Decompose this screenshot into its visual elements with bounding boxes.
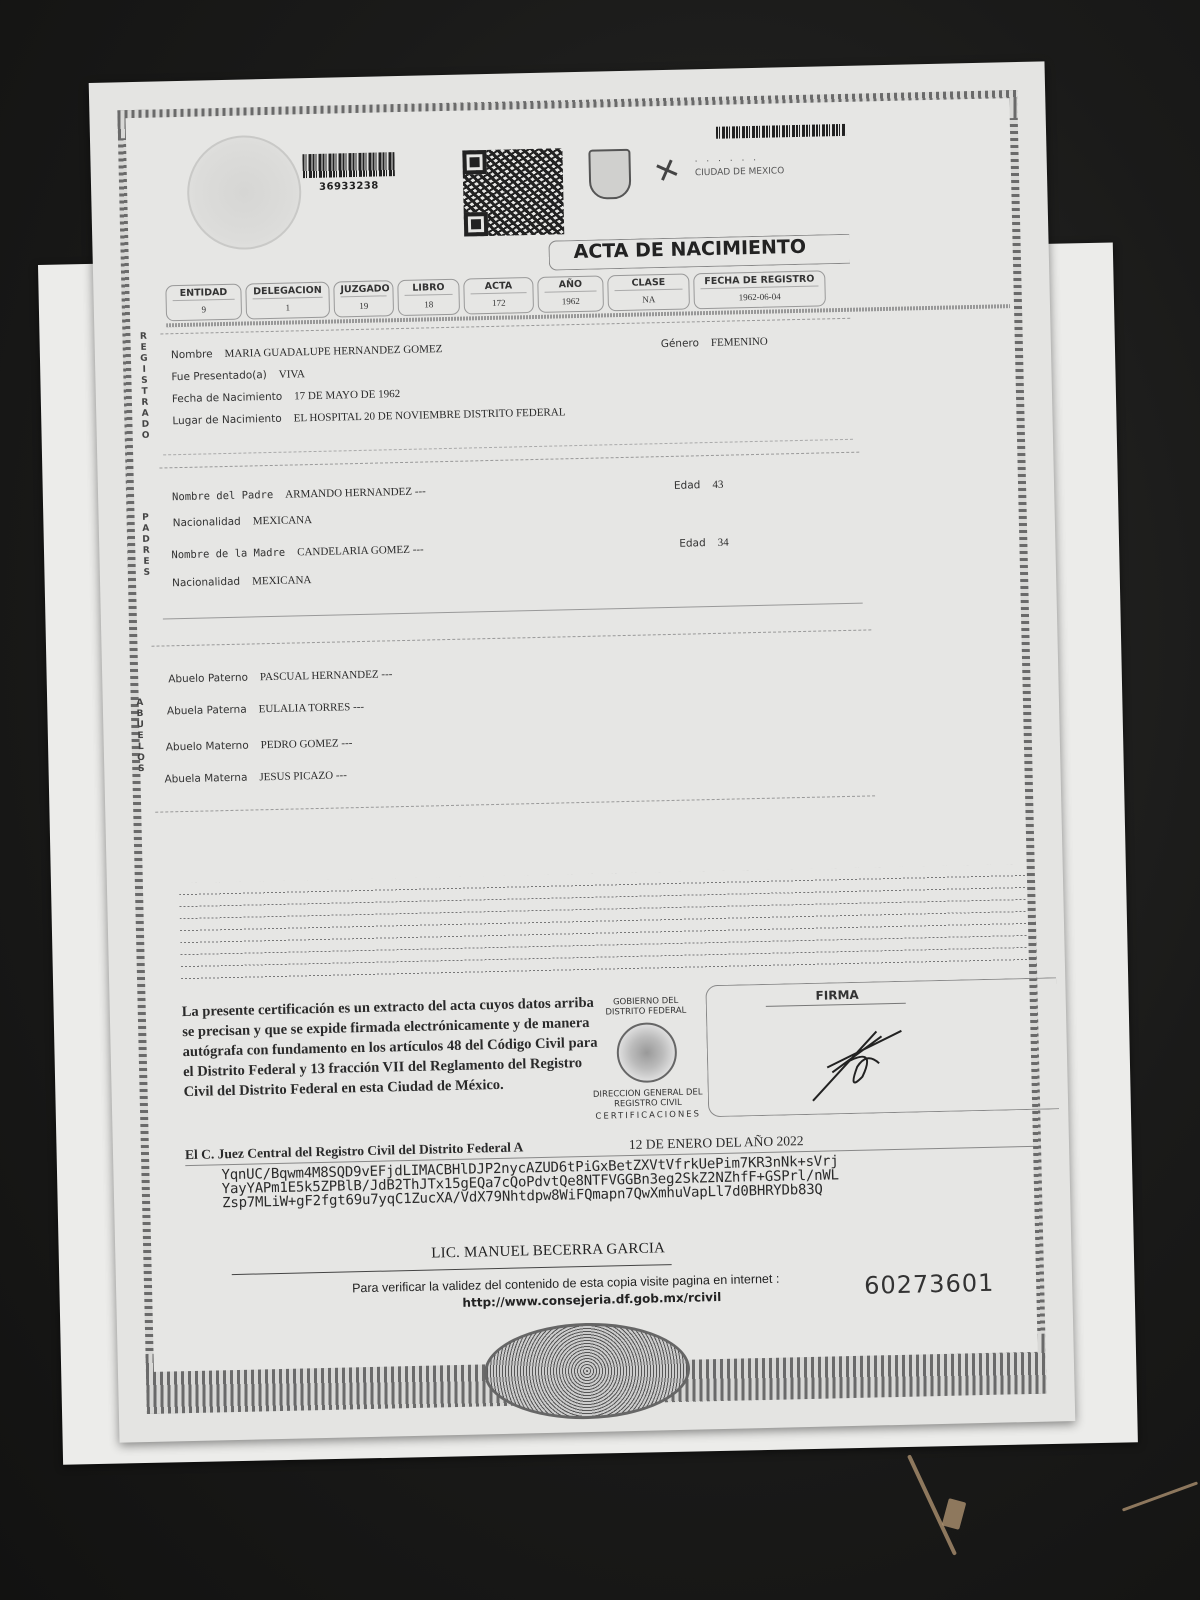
field-libro: LIBRO18 [397,279,460,316]
blank-annotation-lines [179,864,1029,988]
field-entidad: ENTIDAD9 [165,284,242,322]
judge-name: LIC. MANUEL BECERRA GARCIA [431,1240,665,1262]
field-acta: ACTA172 [463,277,534,315]
qr-code [462,148,564,236]
barcode-number: 36933238 [319,180,379,192]
field-delegacion: DELEGACION1 [245,282,330,320]
certification-text: La presente certificación es un extracto… [182,993,604,1103]
coat-of-arms-watermark [186,134,303,251]
judge-signature-line [232,1264,672,1275]
field-anio: AÑO1962 [537,275,604,312]
field-fecha-registro: FECHA DE REGISTRO1962-06-04 [693,270,826,309]
handwritten-signature [806,1020,928,1103]
mexican-eagle-seal-icon [616,1022,677,1083]
table-scratch [1122,1481,1198,1511]
field-clase: CLASENA [607,273,690,311]
gobierno-seal: GOBIERNO DEL DISTRITO FEDERAL DIRECCION … [576,995,719,1122]
folio-number: 60273601 [864,1269,995,1300]
birth-certificate: 36933238 ✕ · · · · · · CIUDAD DE MEXICO … [89,61,1076,1442]
abuelos-side-label: ABUELOS [135,698,147,775]
field-juzgado: JUZGADO19 [333,280,394,317]
field-genero: GéneroFEMENINO [661,336,768,350]
padres-section [159,452,862,620]
abuelos-section [151,629,875,812]
certificate-body: 36933238 ✕ · · · · · · CIUDAD DE MEXICO … [126,98,1038,1372]
issue-date: 12 DE ENERO DEL AÑO 2022 [629,1133,804,1153]
firma-label: FIRMA [815,988,858,1003]
cdmx-logo-icon: ✕ [649,151,685,193]
barcode-right [716,124,846,139]
table-scratch [942,1498,967,1530]
field-madre-edad: Edad34 [679,537,729,550]
issuer-header: · · · · · · CIUDAD DE MEXICO [695,155,785,179]
cdmx-shield-icon [588,149,631,200]
field-padre-edad: Edad43 [674,479,724,492]
verification-url: http://www.consejeria.df.gob.mx/rcivil [462,1290,721,1310]
padres-side-label: PADRES [140,513,151,579]
registrado-side-label: REGISTRADO [138,332,150,442]
barcode-left [302,152,395,178]
